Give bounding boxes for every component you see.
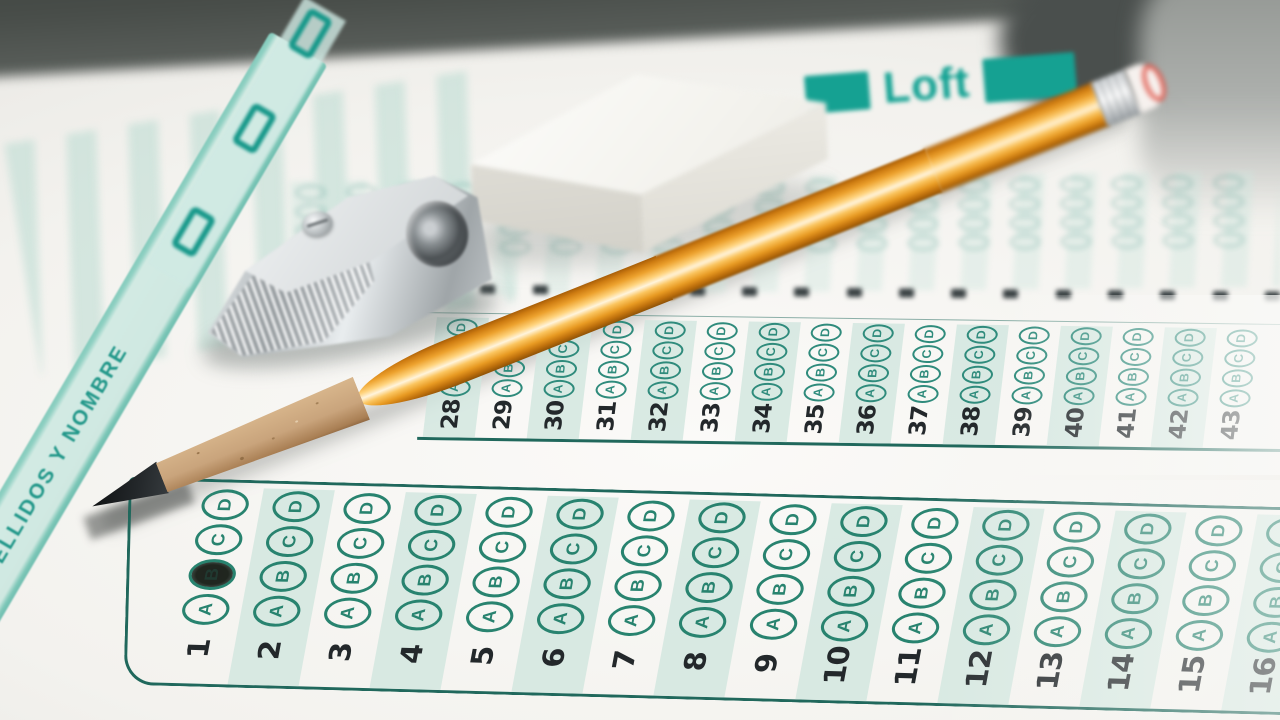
question-number: 28	[434, 398, 468, 430]
blurred-bubble	[1009, 177, 1039, 192]
blurred-bubble	[959, 197, 989, 212]
bubble-a: A	[698, 382, 731, 400]
blurred-number	[951, 289, 966, 298]
blurred-bubble	[1163, 214, 1193, 229]
blurred-bubble	[908, 216, 938, 231]
bubble-d: D	[554, 498, 607, 530]
bubble-c: C	[760, 539, 813, 571]
bubble-c: C	[807, 343, 840, 361]
blurred-bubble	[1112, 214, 1142, 229]
question-number: 37	[902, 405, 936, 437]
question-number: 8	[682, 641, 709, 683]
blurred-bubble	[1111, 176, 1141, 191]
question-number: 10	[814, 644, 860, 687]
bubble-c: C	[963, 346, 996, 364]
bubble-b: B	[399, 564, 452, 596]
bubble-b: B	[683, 572, 736, 604]
bubble-c: C	[755, 343, 788, 361]
blurred-bubble	[1112, 195, 1142, 210]
bubble-b: B	[856, 364, 889, 382]
question-number: 31	[590, 400, 624, 432]
blurred-bubble	[1162, 176, 1192, 191]
bubble-d: D	[412, 494, 465, 526]
bubble-b: B	[544, 360, 577, 378]
bubble-b: B	[612, 570, 665, 602]
bubble-a: A	[490, 379, 523, 397]
bubble-d: D	[965, 326, 998, 344]
question-number: 35	[798, 403, 832, 435]
bubble-b: B	[754, 573, 807, 605]
question-number: 6	[540, 637, 567, 679]
blurred-bubble	[1010, 196, 1040, 211]
question-number: 4	[398, 633, 425, 675]
blurred-number	[899, 288, 914, 297]
question-number: 5	[469, 635, 496, 677]
bubble-b: B	[804, 363, 837, 381]
bubble-a: A	[392, 599, 445, 631]
photo-scene: Loft APELLIDOS Y NOMBRE DCBA28DCBA29DCBA…	[0, 0, 1280, 720]
bubble-b: B	[752, 363, 785, 381]
blurred-bubble	[959, 235, 989, 250]
band-frame	[287, 7, 334, 60]
bubble-d: D	[625, 500, 678, 532]
question-number: 36	[850, 404, 884, 436]
overexposure-fade	[1000, 295, 1280, 475]
question-number: 33	[694, 402, 728, 434]
question-number: 32	[642, 401, 676, 433]
bubble-a: A	[750, 383, 783, 401]
bubble-a: A	[542, 380, 575, 398]
bubble-d: D	[696, 502, 749, 534]
blurred-bubble	[1214, 213, 1244, 228]
bubble-a: A	[676, 606, 729, 638]
blurred-bubble	[857, 236, 887, 251]
blurred-number	[794, 287, 809, 296]
blurred-number	[533, 285, 548, 294]
bubble-c: C	[689, 537, 742, 569]
blurred-bubble	[1010, 215, 1040, 230]
bubble-b: B	[596, 360, 629, 378]
bubble-a: A	[250, 595, 303, 627]
bubble-a: A	[818, 610, 871, 642]
blurred-bubble	[1010, 234, 1040, 249]
question-number: 9	[753, 642, 780, 684]
bubble-a: A	[463, 601, 516, 633]
bubble-c: C	[599, 340, 632, 358]
blurred-bubble	[1060, 177, 1090, 192]
bubble-a: A	[534, 603, 587, 635]
bubble-c: C	[831, 540, 884, 572]
blurred-bubble	[1214, 232, 1244, 247]
blurred-bubble	[1061, 196, 1091, 211]
bubble-a: A	[906, 385, 939, 403]
blurred-bubble	[1163, 195, 1193, 210]
question-number: 7	[611, 639, 638, 681]
question-number: 29	[486, 399, 520, 431]
bubble-a: A	[594, 380, 627, 398]
bubble-b: B	[257, 560, 310, 592]
bubble-b: B	[470, 566, 523, 598]
bubble-d: D	[653, 321, 686, 339]
bubble-d: D	[483, 496, 536, 528]
question-number: 1	[185, 628, 212, 670]
band-frame	[231, 102, 278, 155]
bubble-c: C	[703, 342, 736, 360]
bubble-d: D	[838, 506, 891, 538]
bubble-a: A	[605, 604, 658, 636]
blurred-bubble	[1061, 215, 1091, 230]
logo-text: Loft	[881, 57, 972, 114]
bubble-b: B	[328, 562, 381, 594]
bubble-a: A	[958, 386, 991, 404]
bubble-b: B	[960, 366, 993, 384]
blurred-bubble	[1112, 233, 1142, 248]
bubble-b: B	[186, 558, 239, 590]
bubble-d: D	[809, 323, 842, 341]
bubble-c: C	[334, 527, 387, 559]
bubble-c: C	[911, 345, 944, 363]
blurred-bubble	[959, 216, 989, 231]
bubble-c: C	[547, 533, 600, 565]
bubble-d: D	[199, 489, 252, 521]
bubble-a: A	[854, 384, 887, 402]
bubble-c: C	[405, 529, 458, 561]
bubble-b: B	[908, 365, 941, 383]
question-number: 2	[256, 629, 283, 671]
bubble-d: D	[270, 491, 323, 523]
bubble-b: B	[541, 568, 594, 600]
question-number: 34	[746, 403, 780, 435]
bubble-a: A	[747, 608, 800, 640]
blurred-number	[846, 288, 861, 297]
bubble-d: D	[767, 504, 820, 536]
question-number: 30	[538, 400, 572, 432]
bubble-c: C	[263, 526, 316, 558]
blurred-bubble	[1061, 234, 1091, 249]
blurred-bubble	[1163, 233, 1193, 248]
bubble-c: C	[859, 344, 892, 362]
bubble-a: A	[802, 383, 835, 401]
bubble-c: C	[651, 341, 684, 359]
bubble-d: D	[913, 325, 946, 343]
bubble-d: D	[705, 322, 738, 340]
bubble-b: B	[700, 362, 733, 380]
bubble-d: D	[757, 323, 790, 341]
question-number: 3	[327, 631, 354, 673]
blurred-bubble	[908, 235, 938, 250]
question-number: 38	[954, 405, 988, 437]
blurred-number	[742, 287, 757, 296]
blurred-bubble	[1213, 175, 1243, 190]
bubble-a: A	[646, 381, 679, 399]
bubble-c: C	[192, 524, 245, 556]
bubble-d: D	[861, 324, 894, 342]
bubble-c: C	[618, 535, 671, 567]
bubble-a: A	[321, 597, 374, 629]
bubble-b: B	[648, 361, 681, 379]
blurred-bubble	[1214, 194, 1244, 209]
bubble-a: A	[179, 593, 232, 625]
overexposure-fade	[920, 480, 1280, 720]
bubble-b: B	[825, 575, 878, 607]
bubble-d: D	[341, 493, 394, 525]
bubble-c: C	[476, 531, 529, 563]
